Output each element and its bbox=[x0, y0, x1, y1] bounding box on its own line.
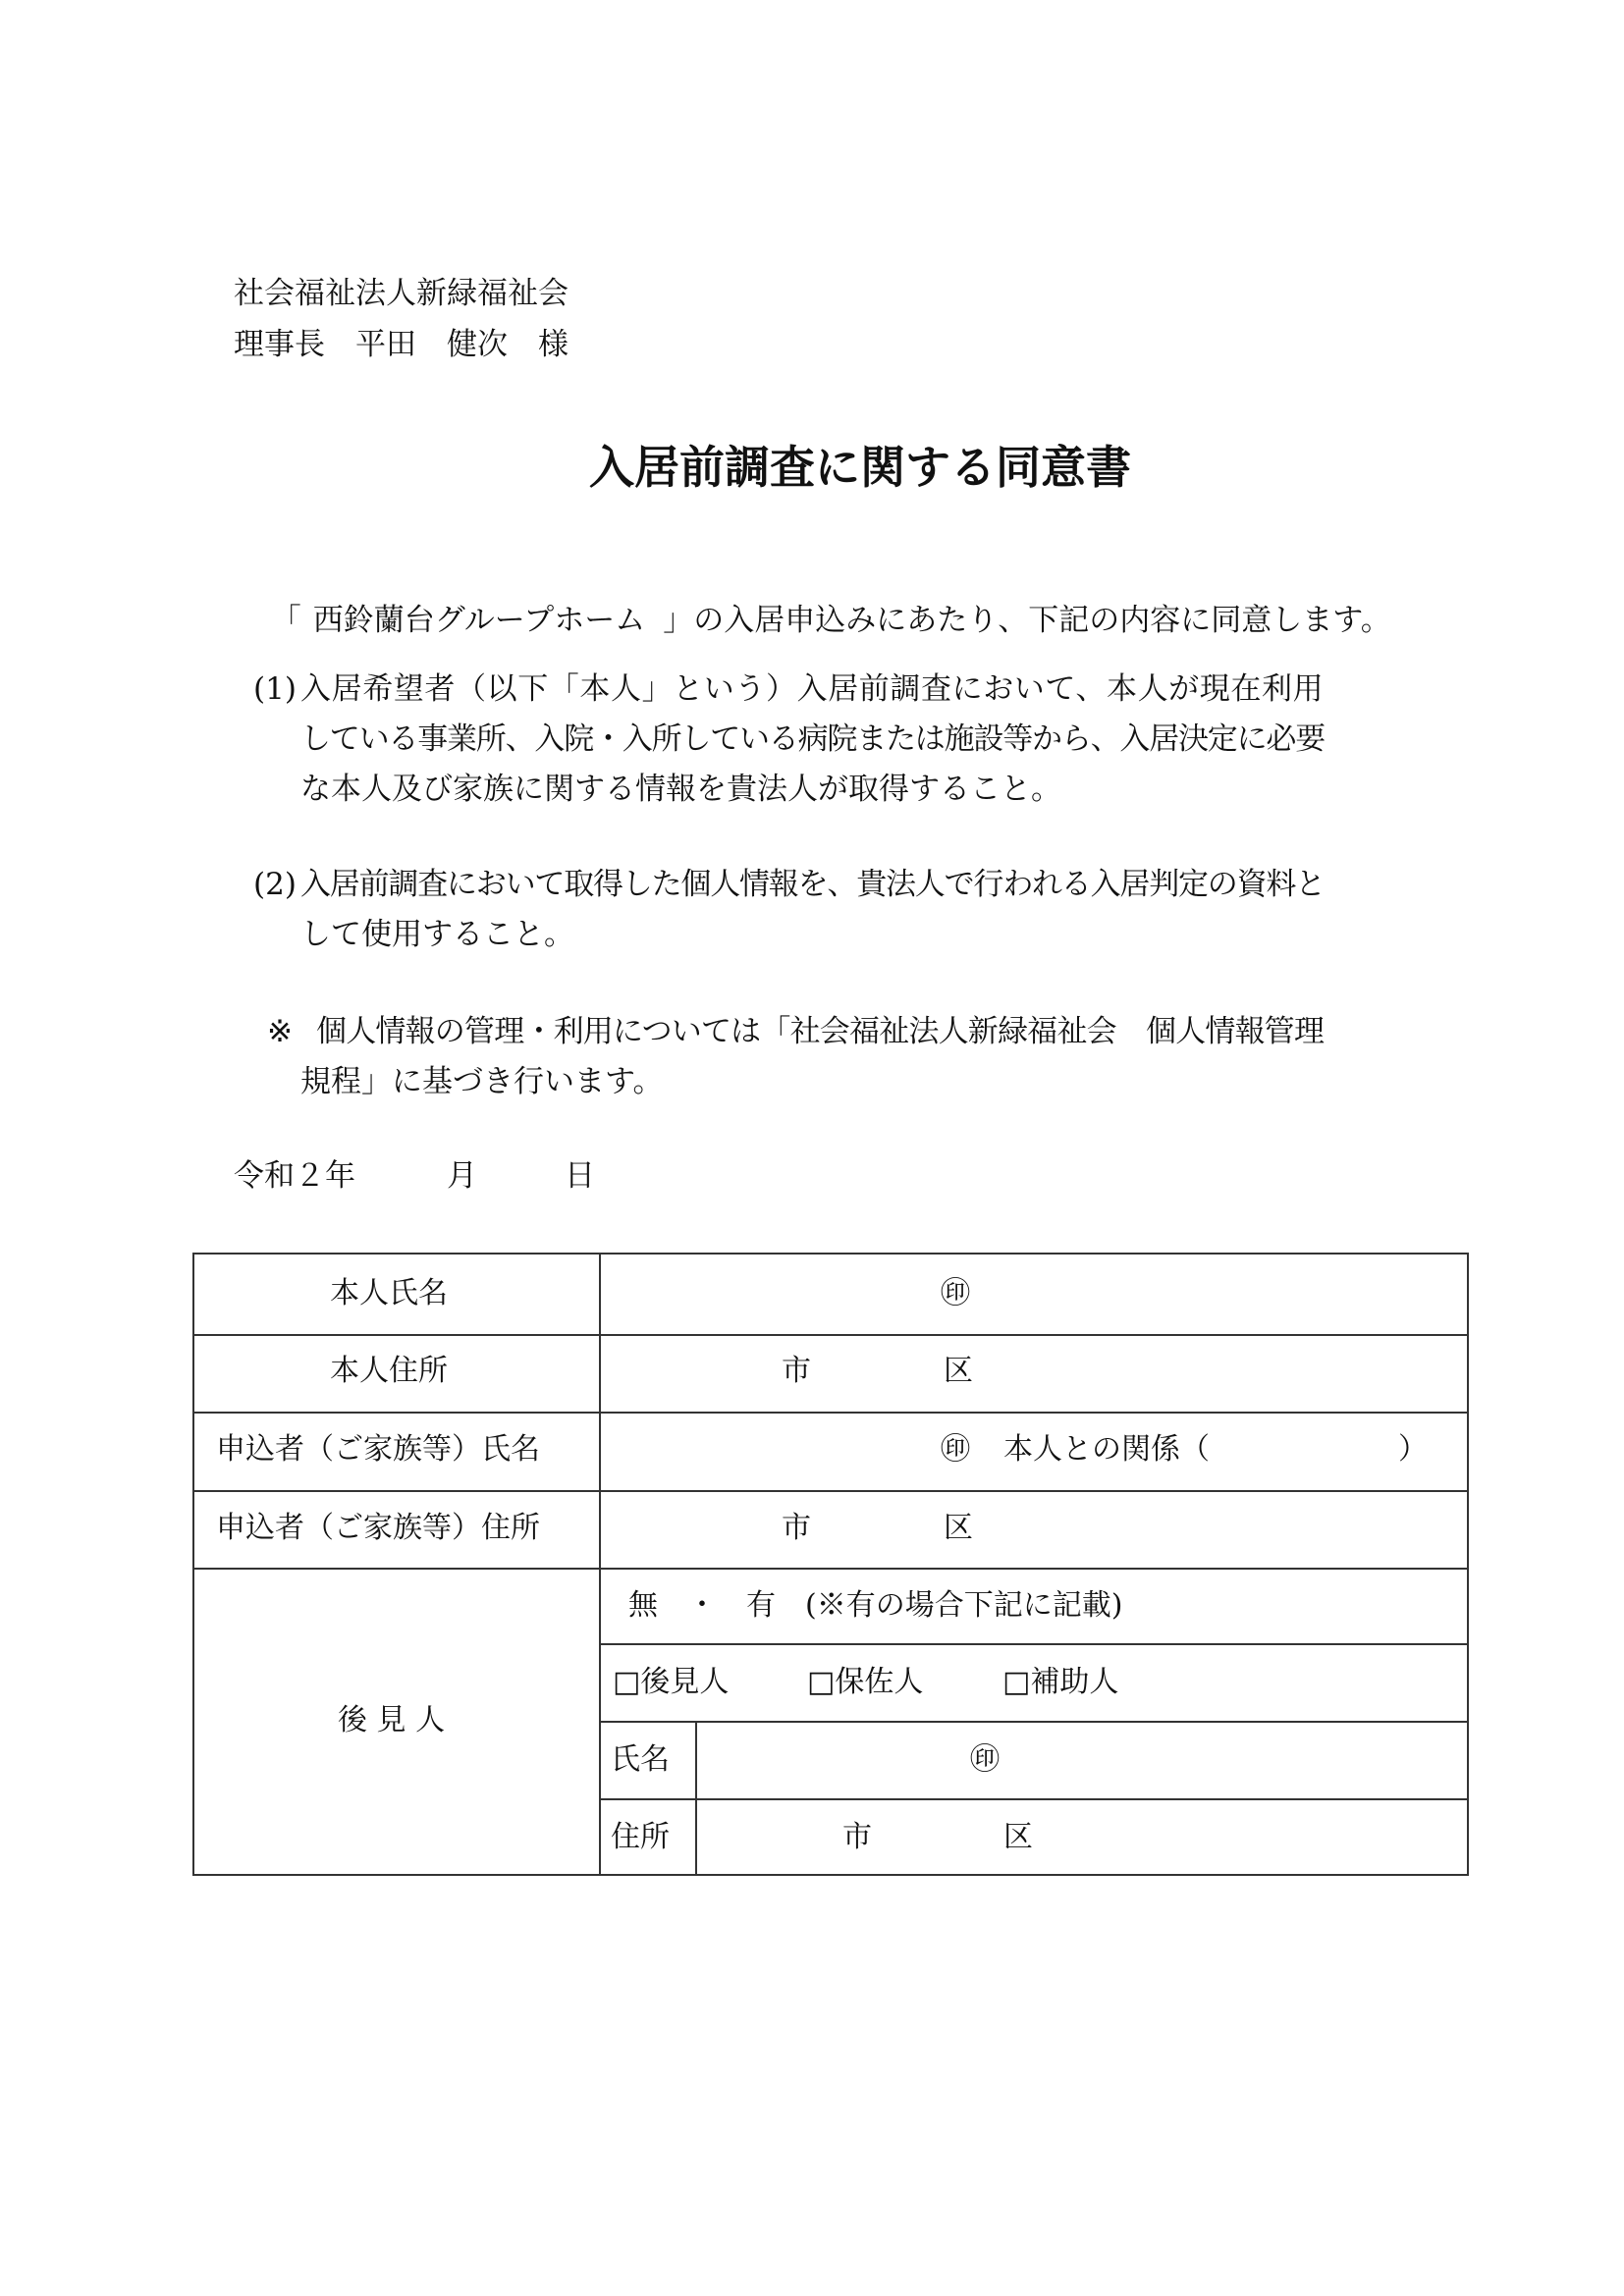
item-2-line-1: 入居前調査において取得した個人情報を、貴法人で行われる入居判定の資料と bbox=[300, 870, 1325, 900]
intro-rest: 」の入居申込みにあたり、下記の内容に同意します。 bbox=[663, 603, 1391, 638]
note-line-2: 規程」に基づき行います。 bbox=[300, 1067, 664, 1097]
date-day-label: 日 bbox=[565, 1161, 595, 1192]
item-1-line-2: している事業所、入院・入所している病院または施設等から、入居決定に必要 bbox=[300, 724, 1325, 755]
label-guardian-address: 住所 bbox=[611, 1823, 670, 1852]
note-line-1: 個人情報の管理・利用については「社会福祉法人新緑福祉会 個人情報管理 bbox=[316, 1017, 1324, 1047]
facility-name: 西鈴蘭台グループホーム bbox=[313, 603, 646, 638]
label-person-address: 本人住所 bbox=[330, 1357, 448, 1386]
item-2-marker: (2) bbox=[253, 870, 297, 900]
addressee-title: 理事長 平田 健次 様 bbox=[234, 330, 568, 360]
date-era-year: 令和２年 bbox=[234, 1161, 355, 1192]
label-applicant-name: 申込者（ご家族等）氏名 bbox=[216, 1435, 540, 1465]
intro-open-bracket: 「 bbox=[271, 603, 301, 638]
note-marker: ※ bbox=[267, 1017, 293, 1047]
guardian-presence-choice[interactable]: 無 ・ 有 (※有の場合下記に記載) bbox=[628, 1591, 1122, 1621]
input-applicant-address[interactable] bbox=[605, 1496, 1459, 1565]
city-suffix: 市 bbox=[782, 1357, 811, 1386]
seal-icon: ㊞ bbox=[941, 1435, 970, 1465]
ward-suffix: 区 bbox=[1003, 1823, 1033, 1852]
label-person-name: 本人氏名 bbox=[330, 1279, 448, 1308]
date-month-label: 月 bbox=[447, 1161, 477, 1192]
input-person-name[interactable] bbox=[605, 1258, 1164, 1329]
guardian-type-assistant-checkbox[interactable]: □補助人 bbox=[1002, 1668, 1118, 1697]
input-guardian-name[interactable] bbox=[703, 1726, 998, 1794]
input-guardian-address[interactable] bbox=[703, 1803, 1459, 1872]
guardian-type-curator-checkbox[interactable]: □保佐人 bbox=[807, 1668, 923, 1697]
item-1-line-1: 入居希望者（以下「本人」という）入居前調査において、本人が現在利用 bbox=[300, 674, 1324, 705]
ward-suffix: 区 bbox=[944, 1514, 973, 1543]
relation-close: ） bbox=[1398, 1435, 1428, 1465]
label-guardian-name: 氏名 bbox=[611, 1745, 670, 1775]
input-person-address[interactable] bbox=[605, 1339, 1459, 1408]
relation-label: 本人との関係（ bbox=[1003, 1435, 1210, 1465]
label-guardian: 後 見 人 bbox=[338, 1706, 445, 1735]
item-1-line-3: な本人及び家族に関する情報を貴法人が取得すること。 bbox=[300, 774, 1061, 805]
document-title: 入居前調査に関する同意書 bbox=[589, 445, 1131, 490]
city-suffix: 市 bbox=[842, 1823, 872, 1852]
addressee-organization: 社会福祉法人新緑福祉会 bbox=[234, 279, 568, 309]
input-relation[interactable] bbox=[1223, 1417, 1400, 1486]
consent-form-table: 本人氏名 ㊞ 本人住所 市 区 申込者（ご家族等）氏名 ㊞ 本人との関係（ ） … bbox=[192, 1253, 1469, 1876]
item-1-marker: (1) bbox=[253, 674, 297, 705]
seal-icon: ㊞ bbox=[970, 1745, 1000, 1775]
intro-line: 「西鈴蘭台グループホーム」の入居申込みにあたり、下記の内容に同意します。 bbox=[251, 575, 1391, 636]
input-applicant-name[interactable] bbox=[605, 1417, 929, 1486]
item-2-line-2: して使用すること。 bbox=[300, 920, 574, 950]
label-applicant-address: 申込者（ご家族等）住所 bbox=[216, 1514, 540, 1543]
ward-suffix: 区 bbox=[944, 1357, 973, 1386]
guardian-type-guardian-checkbox[interactable]: □後見人 bbox=[613, 1668, 729, 1697]
city-suffix: 市 bbox=[782, 1514, 811, 1543]
seal-icon: ㊞ bbox=[941, 1279, 970, 1308]
